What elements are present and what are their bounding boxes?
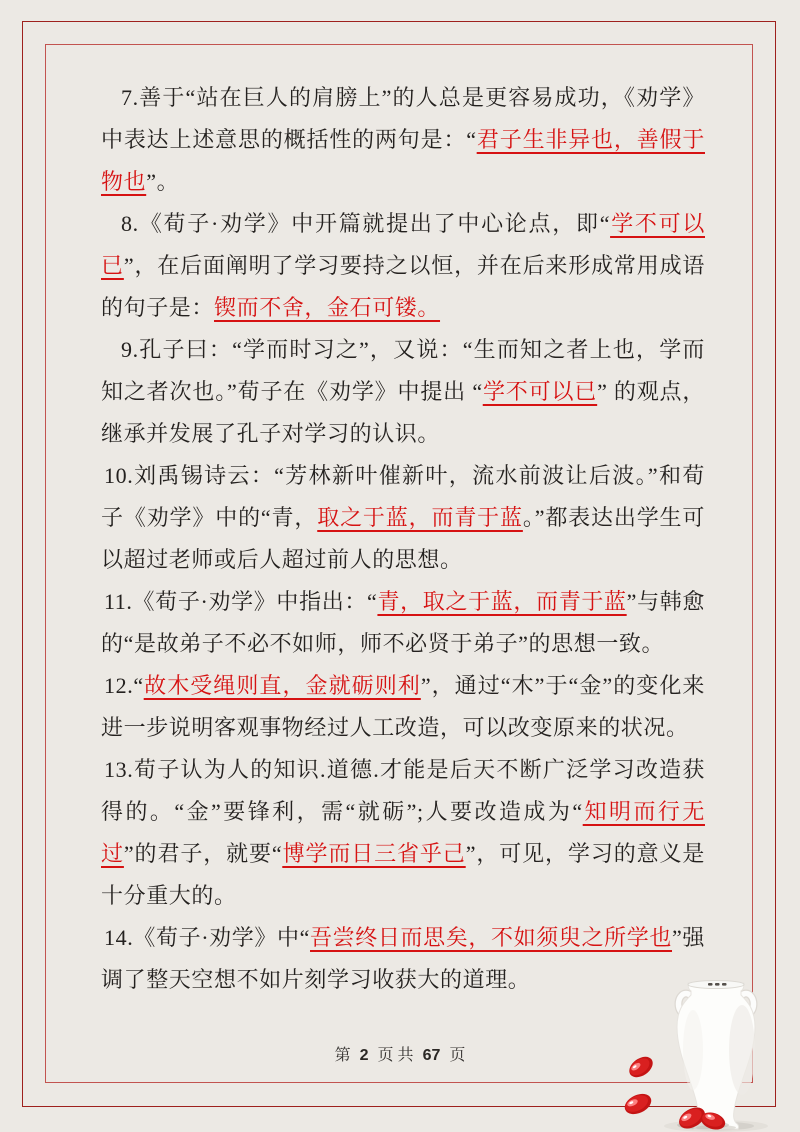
answer-text: 学不可以已 xyxy=(483,379,597,404)
item-number: 8. xyxy=(121,211,139,236)
item-number: 12. xyxy=(104,673,133,698)
answer-text: 博学而日三省乎己 xyxy=(282,841,465,866)
footer-label-ye: 页 xyxy=(449,1042,465,1065)
vase-rim-mark xyxy=(715,983,720,986)
items: 7.善于“站在巨人的肩膀上”的人总是更容易成功，《劝学》中表达上述意思的概括性的… xyxy=(101,77,705,1001)
body-text: ”。 xyxy=(146,169,179,194)
document-paragraph: 9.孔子曰：“学而时习之”，又说：“生而知之者上也，学而知之者次也。”荀子在《劝… xyxy=(101,329,705,455)
vase-rim-mark xyxy=(708,983,713,986)
document-paragraph: 11.《荀子·劝学》中指出：“青，取之于蓝，而青于蓝”与韩愈的“是故弟子不必不如… xyxy=(101,581,705,665)
vase-rim-mark xyxy=(722,983,727,986)
answer-text: 吾尝终日而思矣，不如须臾之所学也 xyxy=(310,925,672,950)
vase-decoration xyxy=(615,975,800,1132)
red-bean-icon xyxy=(622,1090,655,1118)
footer-label-ye-gong: 页 共 xyxy=(378,1042,414,1065)
answer-text: 锲而不舍，金石可镂。 xyxy=(214,295,440,320)
body-text: ”的君子，就要“ xyxy=(124,841,282,866)
document-paragraph: 8.《荀子·劝学》中开篇就提出了中心论点，即“学不可以已”，在后面阐明了学习要持… xyxy=(101,203,705,329)
vase-icon xyxy=(677,981,755,1131)
item-number: 11. xyxy=(104,589,132,614)
answer-text: 取之于蓝，而青于蓝 xyxy=(317,505,523,530)
document-page: { "page": { "background_color": "#ece9e4… xyxy=(0,0,800,1132)
item-number: 14. xyxy=(104,925,133,950)
document-paragraph: 12.“故木受绳则直，金就砺则利”，通过“木”于“金”的变化来进一步说明客观事物… xyxy=(101,665,705,749)
item-number: 10. xyxy=(104,463,133,488)
red-bean-icon xyxy=(625,1053,656,1082)
item-number: 13. xyxy=(104,757,133,782)
body-text: 《荀子·劝学》中“ xyxy=(133,925,310,950)
item-number: 9. xyxy=(121,337,139,362)
answer-text: 青，取之于蓝，而青于蓝 xyxy=(377,589,626,614)
document-paragraph: 13.荀子认为人的知识.道德.才能是后天不断广泛学习改造获得的。“金”要锋利，需… xyxy=(101,749,705,917)
item-number: 7. xyxy=(121,85,139,110)
document-paragraph: 10.刘禹锡诗云：“芳林新叶催新叶，流水前波让后波。”和荀子《劝学》中的“青，取… xyxy=(101,455,705,581)
vase-and-beans-illustration xyxy=(615,975,800,1132)
answer-text: 故木受绳则直，金就砺则利 xyxy=(144,673,421,698)
total-page-count: 67 xyxy=(423,1047,441,1065)
body-text: “ xyxy=(133,673,143,698)
current-page-number: 2 xyxy=(360,1047,369,1065)
document-paragraph: 7.善于“站在巨人的肩膀上”的人总是更容易成功，《劝学》中表达上述意思的概括性的… xyxy=(101,77,705,203)
footer-label-di: 第 xyxy=(335,1042,351,1065)
body-text: 《荀子·劝学》中指出：“ xyxy=(132,589,377,614)
body-text: 《荀子·劝学》中开篇就提出了中心论点，即“ xyxy=(139,211,610,236)
